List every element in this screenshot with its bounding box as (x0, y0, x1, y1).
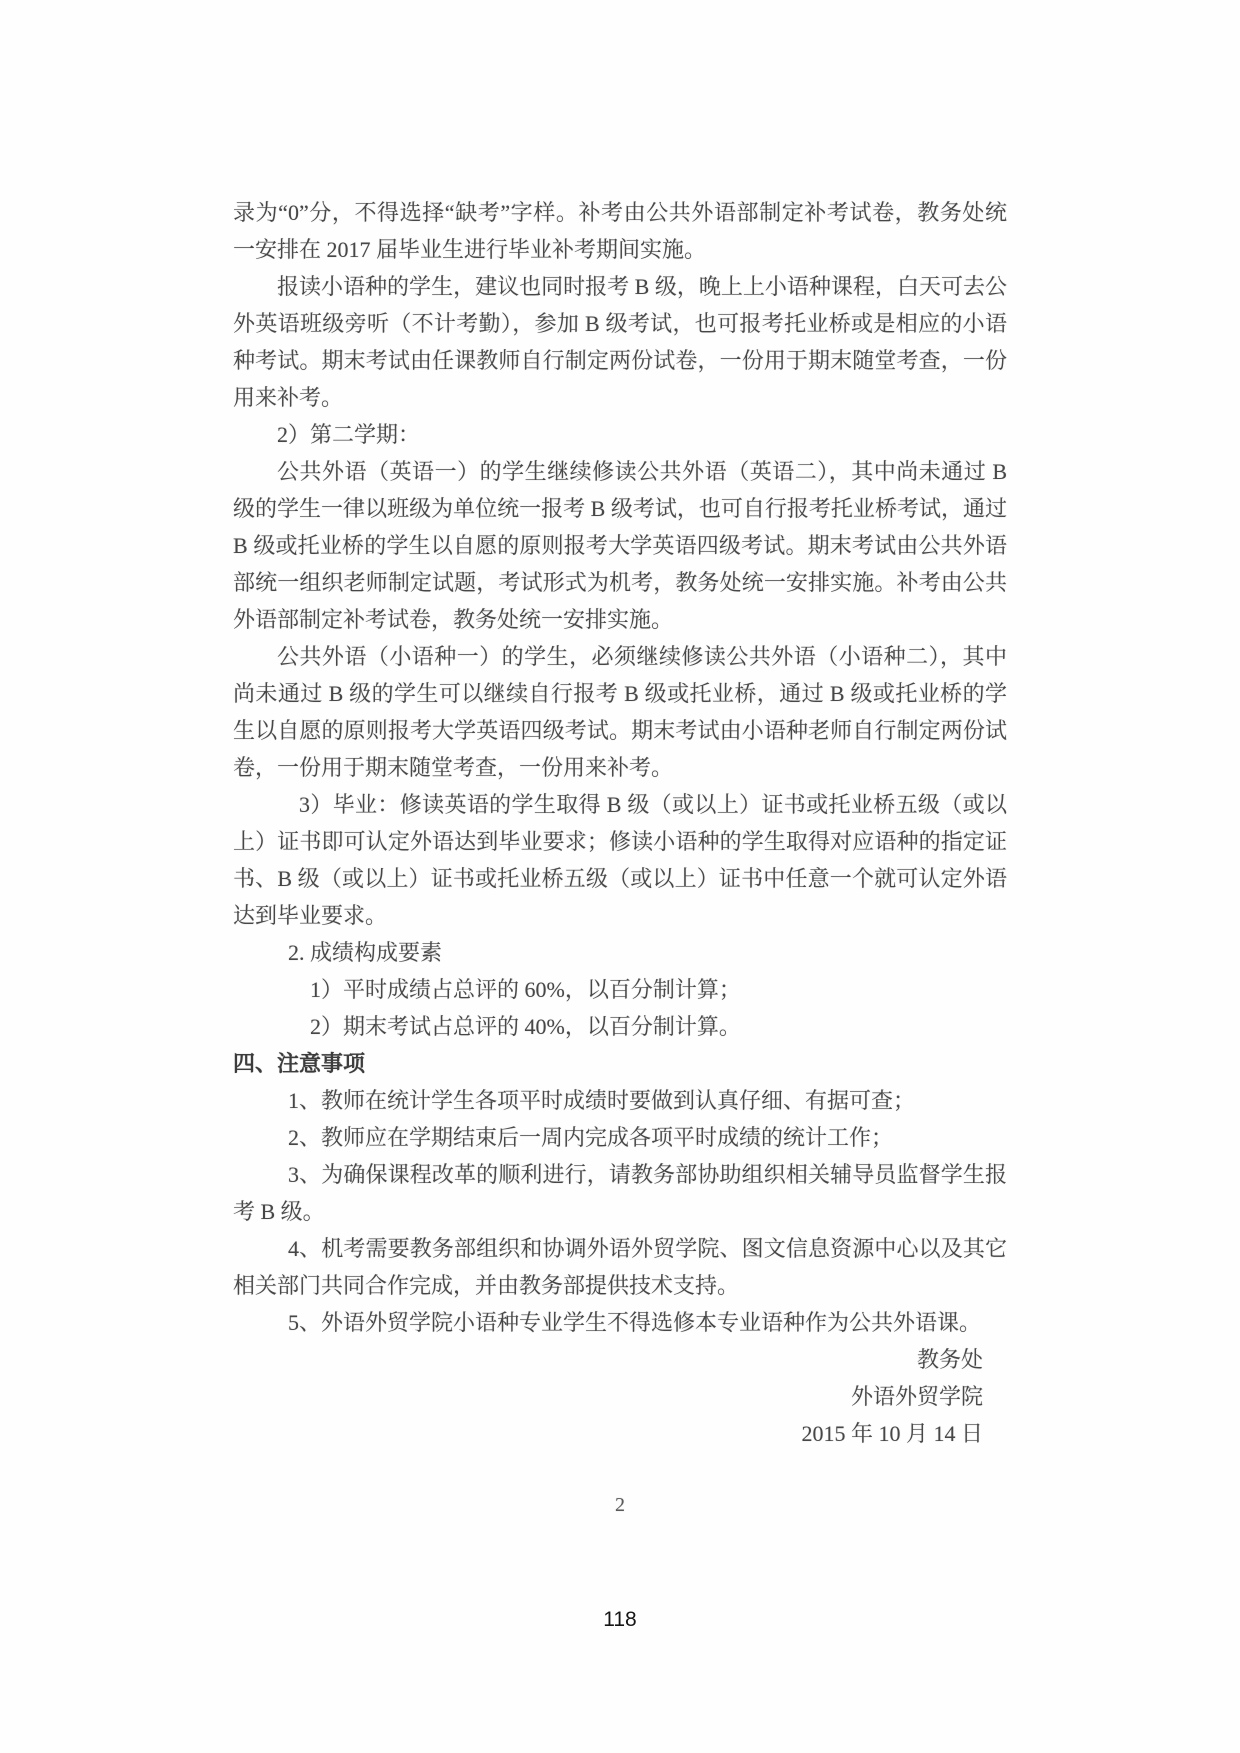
scan-page-number: 2 (233, 1490, 1007, 1520)
item-grade-components: 2. 成绩构成要素 (233, 934, 1007, 971)
paragraph-english-track: 公共外语（英语一）的学生继续修读公共外语（英语二），其中尚未通过 B 级的学生一… (233, 453, 1007, 638)
signature-college: 外语外贸学院 (233, 1378, 983, 1415)
pdf-page-number: 118 (0, 1606, 1240, 1634)
note-item-4: 4、机考需要教务部组织和协调外语外贸学院、图文信息资源中心以及其它相关部门共同合… (233, 1230, 1007, 1304)
document-page: 录为“0”分，不得选择“缺考”字样。补考由公共外语部制定补考试卷，教务处统一安排… (0, 0, 1240, 1753)
paragraph-minor-language-advice: 报读小语种的学生，建议也同时报考 B 级，晚上上小语种课程，白天可去公外英语班级… (233, 268, 1007, 416)
subitem-regular-grade: 1）平时成绩占总评的 60%，以百分制计算； (233, 971, 1007, 1008)
scanned-document: 录为“0”分，不得选择“缺考”字样。补考由公共外语部制定补考试卷，教务处统一安排… (0, 0, 1240, 1520)
paragraph-makeup-exam-continuation: 录为“0”分，不得选择“缺考”字样。补考由公共外语部制定补考试卷，教务处统一安排… (233, 194, 1007, 268)
note-item-1: 1、教师在统计学生各项平时成绩时要做到认真仔细、有据可查； (233, 1082, 1007, 1119)
note-item-3: 3、为确保课程改革的顺利进行，请教务部协助组织相关辅导员监督学生报考 B 级。 (233, 1156, 1007, 1230)
signature-block: 教务处 外语外贸学院 2015 年 10 月 14 日 (233, 1341, 1007, 1452)
note-item-5: 5、外语外贸学院小语种专业学生不得选修本专业语种作为公共外语课。 (233, 1304, 1007, 1341)
note-item-2: 2、教师应在学期结束后一周内完成各项平时成绩的统计工作； (233, 1119, 1007, 1156)
item-graduation: 3）毕业：修读英语的学生取得 B 级（或以上）证书或托业桥五级（或以上）证书即可… (233, 786, 1007, 934)
signature-department: 教务处 (233, 1341, 983, 1378)
item-second-semester: 2）第二学期： (233, 416, 1007, 453)
section-heading-notes: 四、注意事项 (233, 1045, 1007, 1082)
signature-date: 2015 年 10 月 14 日 (233, 1415, 983, 1452)
subitem-final-exam: 2）期末考试占总评的 40%，以百分制计算。 (233, 1008, 1007, 1045)
paragraph-minor-language-track: 公共外语（小语种一）的学生，必须继续修读公共外语（小语种二），其中尚未通过 B … (233, 638, 1007, 786)
